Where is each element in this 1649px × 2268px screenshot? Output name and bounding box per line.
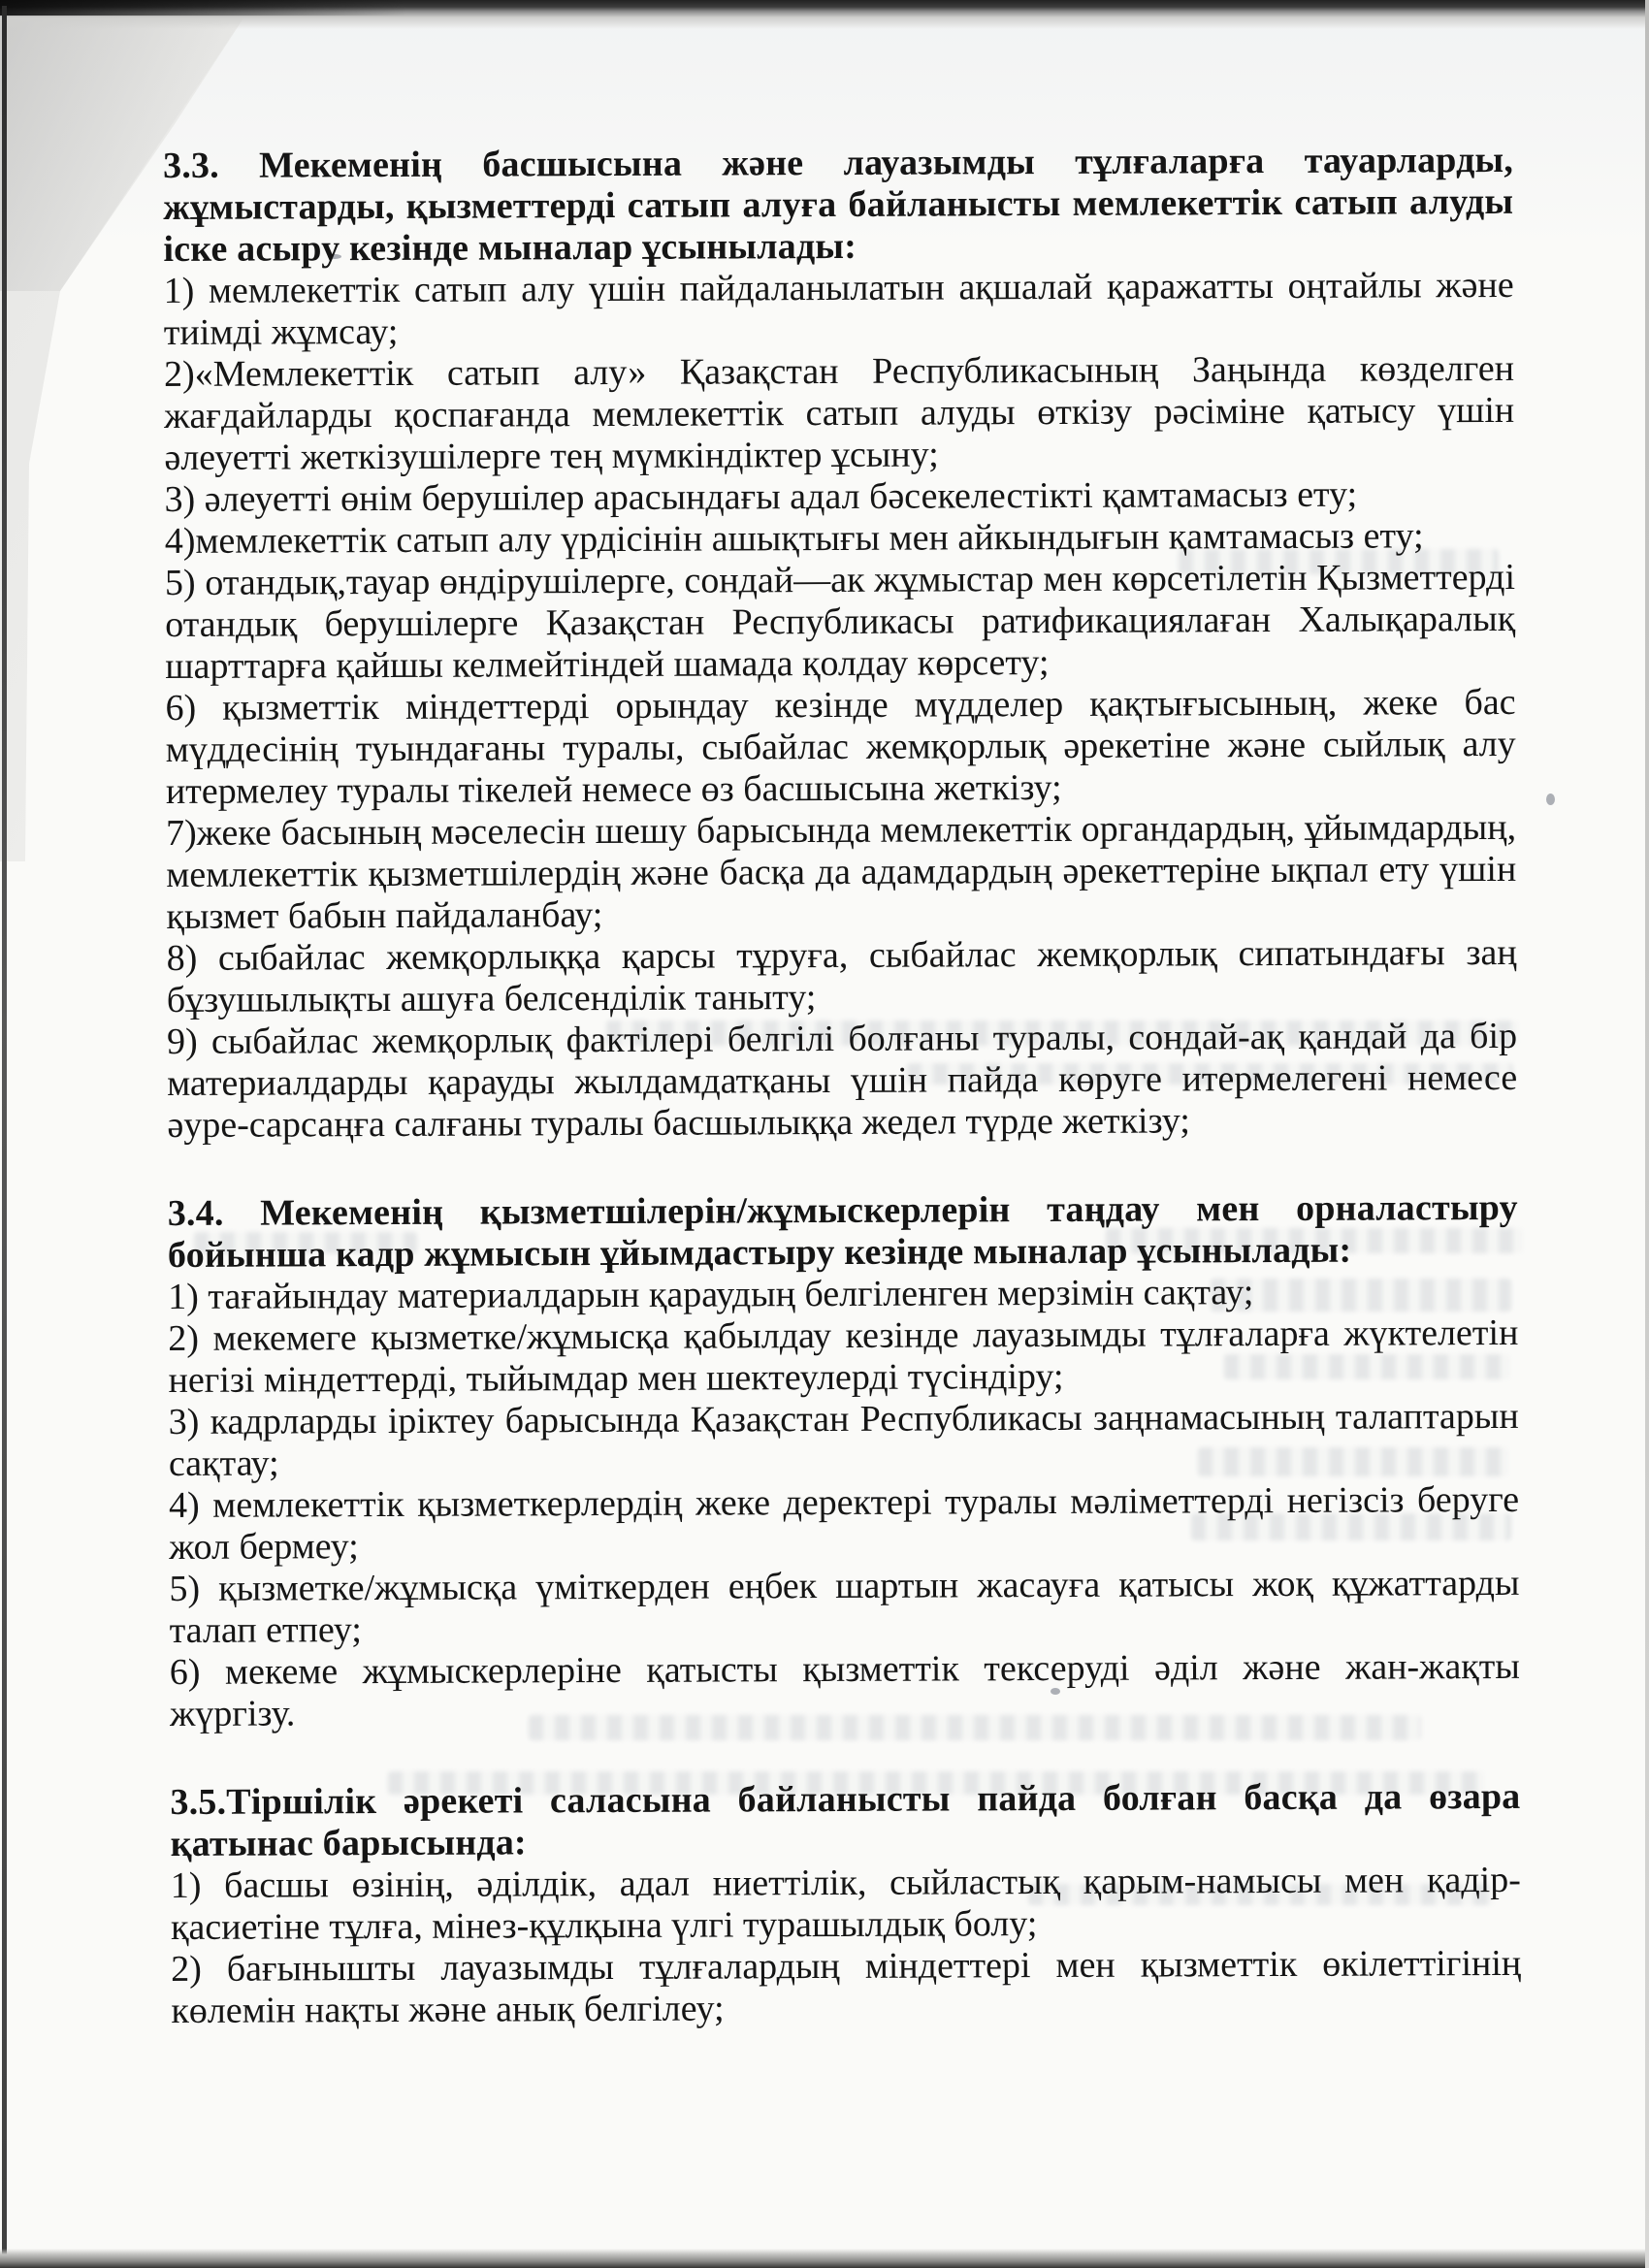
list-item: 4) мемлекеттік қызметкерлердің жеке дере…	[169, 1479, 1519, 1569]
list-item: 1) тағайындау материалдарын қараудың бел…	[168, 1271, 1518, 1318]
list-item: 5) қызметке/жұмысқа үміткерден еңбек шар…	[169, 1563, 1519, 1652]
list-item: 2)«Мемлекеттік сатып алу» Қазақстан Респ…	[164, 348, 1515, 479]
scan-speck	[1546, 794, 1555, 805]
list-item: 7)жеке басының мәселесін шешу барысында …	[166, 807, 1517, 938]
list-item: 3) кадрларды іріктеу барысында Қазақстан…	[169, 1396, 1519, 1485]
scan-edge-top-left	[0, 0, 407, 16]
document-text-column: 3.3. Мекеменің басшысына және лауазымды …	[163, 140, 1521, 2032]
scan-edge-bottom	[0, 2249, 1649, 2268]
list-item: 1) мемлекеттік сатып алу үшін пайдаланыл…	[164, 265, 1514, 354]
list-item: 2) мекемеге қызметке/жұмысқа қабылдау ке…	[168, 1312, 1518, 1402]
list-item: 6) мекеме жұмыскерлеріне қатысты қызметт…	[170, 1646, 1520, 1735]
list-item: 2) бағынышты лауазымды тұлғалардың мінде…	[171, 1943, 1521, 2032]
section-3-5-heading: 3.5.Тіршілік әрекеті саласына байланысты…	[170, 1776, 1520, 1865]
list-item: 5) отандық,тауар өндірушілерге, сондай—а…	[165, 557, 1516, 688]
list-item: 9) сыбайлас жемқорлық фактілері белгілі …	[167, 1016, 1518, 1147]
scan-edge-left	[2, 6, 7, 2266]
list-item: 8) сыбайлас жемқорлыққа қарсы тұруға, сы…	[167, 932, 1517, 1021]
list-item: 1) басшы өзінің, әділдік, адал ниеттілік…	[171, 1860, 1521, 1949]
section-3-4-heading: 3.4. Мекеменің қызметшілерін/жұмыскерлер…	[168, 1187, 1518, 1277]
list-item: 4)мемлекеттік сатып алу үрдісінін ашықты…	[165, 515, 1515, 563]
list-item: 3) әлеуетті өнім берушілер арасындағы ад…	[165, 473, 1515, 521]
section-3-3-heading: 3.3. Мекеменің басшысына және лауазымды …	[163, 140, 1514, 271]
list-item: 6) қызметтік міндеттерді орындау кезінде…	[165, 682, 1516, 813]
scan-edge-right	[1645, 0, 1649, 2268]
scanned-document-page: 3.3. Мекеменің басшысына және лауазымды …	[0, 0, 1649, 2268]
